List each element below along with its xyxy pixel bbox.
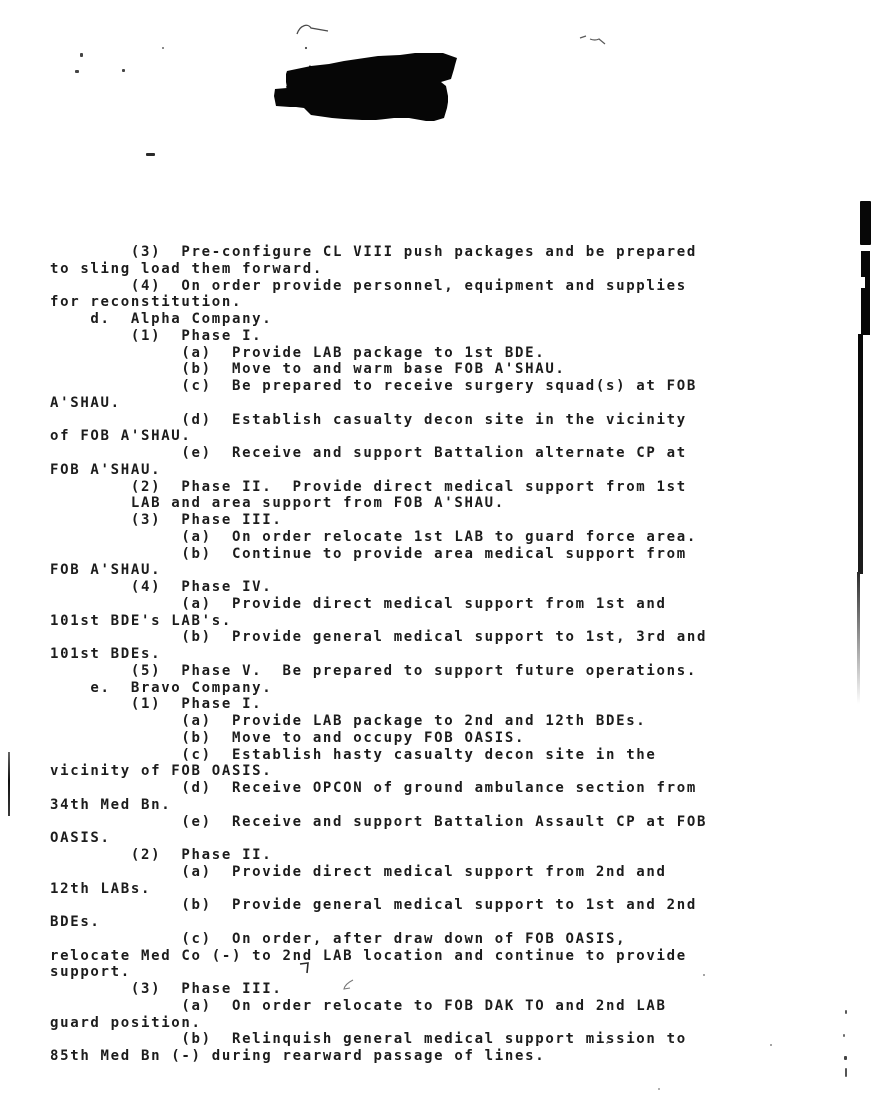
- toner-speck: [122, 69, 125, 72]
- text-line: 85th Med Bn (-) during rearward passage …: [50, 1048, 707, 1065]
- left-margin-line: [8, 752, 10, 816]
- scanner-edge-bar-notch: [860, 277, 865, 288]
- toner-speck: [845, 1010, 847, 1014]
- text-line: 101st BDEs.: [50, 646, 707, 663]
- text-line: 101st BDE's LAB's.: [50, 613, 707, 630]
- stray-pencil-mark: [578, 32, 610, 48]
- text-line: (3) Pre-configure CL VIII push packages …: [50, 244, 707, 261]
- scanner-edge-line-fade: [857, 572, 860, 704]
- text-line: (b) Provide general medical support to 1…: [50, 629, 707, 646]
- toner-speck: [162, 47, 164, 49]
- toner-speck: [770, 1044, 772, 1046]
- document-text: (3) Pre-configure CL VIII push packages …: [50, 244, 707, 1065]
- text-line: (1) Phase I.: [50, 328, 707, 345]
- text-line: (d) Receive OPCON of ground ambulance se…: [50, 780, 707, 797]
- text-line: FOB A'SHAU.: [50, 562, 707, 579]
- text-line: FOB A'SHAU.: [50, 462, 707, 479]
- text-line: 12th LABs.: [50, 881, 707, 898]
- text-line: (b) Relinquish general medical support m…: [50, 1031, 707, 1048]
- text-line: (2) Phase II.: [50, 847, 707, 864]
- toner-speck: [80, 53, 83, 57]
- text-line: guard position.: [50, 1015, 707, 1032]
- text-line: (e) Receive and support Battalion Assaul…: [50, 814, 707, 831]
- text-line: (b) Move to and occupy FOB OASIS.: [50, 730, 707, 747]
- text-line: (a) On order relocate to FOB DAK TO and …: [50, 998, 707, 1015]
- scanner-edge-line: [858, 334, 863, 574]
- text-line: (e) Receive and support Battalion altern…: [50, 445, 707, 462]
- text-line: A'SHAU.: [50, 395, 707, 412]
- text-line: (a) Provide direct medical support from …: [50, 864, 707, 881]
- text-line: e. Bravo Company.: [50, 680, 707, 697]
- text-line: 34th Med Bn.: [50, 797, 707, 814]
- handwritten-squiggle: [292, 20, 338, 52]
- toner-speck: [844, 1056, 847, 1060]
- toner-speck: [658, 1088, 660, 1090]
- text-line: vicinity of FOB OASIS.: [50, 763, 707, 780]
- text-line: (1) Phase I.: [50, 696, 707, 713]
- text-line: (b) Provide general medical support to 1…: [50, 897, 707, 914]
- redaction-ink-blob: [266, 44, 466, 128]
- text-line: LAB and area support from FOB A'SHAU.: [50, 495, 707, 512]
- scanned-document-page: (3) Pre-configure CL VIII push packages …: [0, 0, 872, 1104]
- text-line: (c) On order, after draw down of FOB OAS…: [50, 931, 707, 948]
- text-line: (4) On order provide personnel, equipmen…: [50, 278, 707, 295]
- text-line: (d) Establish casualty decon site in the…: [50, 412, 707, 429]
- text-line: (b) Move to and warm base FOB A'SHAU.: [50, 361, 707, 378]
- toner-speck: [843, 1034, 845, 1037]
- text-line: to sling load them forward.: [50, 261, 707, 278]
- text-line: (a) Provide LAB package to 2nd and 12th …: [50, 713, 707, 730]
- text-line: for reconstitution.: [50, 294, 707, 311]
- text-line: d. Alpha Company.: [50, 311, 707, 328]
- toner-speck: [75, 70, 79, 73]
- redaction-ink-shape: [274, 53, 457, 121]
- text-line: support.: [50, 964, 707, 981]
- scanner-edge-bar-top: [860, 201, 871, 245]
- text-line: (3) Phase III.: [50, 981, 707, 998]
- text-line: OASIS.: [50, 830, 707, 847]
- scanner-edge-bar-mid: [861, 251, 870, 335]
- text-line: (a) Provide direct medical support from …: [50, 596, 707, 613]
- text-line: (4) Phase IV.: [50, 579, 707, 596]
- toner-speck: [845, 1068, 847, 1077]
- text-line: (5) Phase V. Be prepared to support futu…: [50, 663, 707, 680]
- text-line: (a) On order relocate 1st LAB to guard f…: [50, 529, 707, 546]
- text-line: (b) Continue to provide area medical sup…: [50, 546, 707, 563]
- text-line: (2) Phase II. Provide direct medical sup…: [50, 479, 707, 496]
- text-line: BDEs.: [50, 914, 707, 931]
- text-line: (c) Establish hasty casualty decon site …: [50, 747, 707, 764]
- text-line: (3) Phase III.: [50, 512, 707, 529]
- text-line: relocate Med Co (-) to 2nd LAB location …: [50, 948, 707, 965]
- toner-speck: [146, 153, 155, 156]
- text-line: (c) Be prepared to receive surgery squad…: [50, 378, 707, 395]
- text-line: of FOB A'SHAU.: [50, 428, 707, 445]
- text-line: (a) Provide LAB package to 1st BDE.: [50, 345, 707, 362]
